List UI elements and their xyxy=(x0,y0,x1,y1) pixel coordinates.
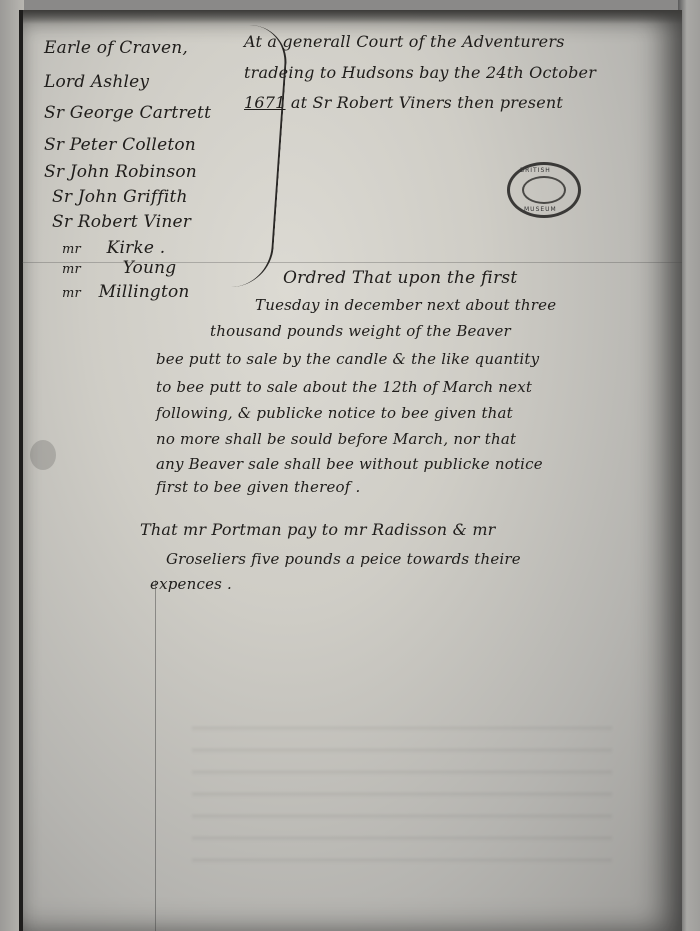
heading-line-1: At a generall Court of the Adventurers xyxy=(244,32,565,51)
bleed-through-text xyxy=(192,710,612,880)
attendee-8: mr Kirke . xyxy=(62,238,165,258)
stamp-text-top: BRITISH xyxy=(520,167,551,174)
minute-line: no more shall be sould before March, nor… xyxy=(156,430,516,448)
attendee-prefix: mr xyxy=(62,286,81,301)
attendee-prefix: Sr xyxy=(52,187,72,207)
minute-line: thousand pounds weight of the Beaver xyxy=(210,322,511,340)
attendee-4: Sr Peter Colleton xyxy=(44,135,196,155)
minute-line: Tuesday in december next about three xyxy=(255,296,556,314)
attendee-name: John Griffith xyxy=(78,187,188,207)
attendee-name: Earle of Craven, xyxy=(44,38,188,58)
attendee-prefix: Sr xyxy=(52,212,72,232)
attendee-3: Sr George Cartrett xyxy=(44,103,211,123)
attendee-1: Earle of Craven, xyxy=(44,38,188,58)
minute-line: Groseliers five pounds a peice towards t… xyxy=(166,550,521,568)
minute-line: expences . xyxy=(150,575,232,593)
attendee-6: Sr John Griffith xyxy=(52,187,188,207)
attendee-prefix: mr xyxy=(62,262,81,277)
attendee-name: Peter Colleton xyxy=(70,135,196,155)
attendee-prefix: Sr xyxy=(44,135,64,155)
ink-smudge xyxy=(30,440,56,470)
attendee-prefix: Sr xyxy=(44,103,64,123)
minute-line: following, & publicke notice to bee give… xyxy=(156,404,513,422)
attendee-7: Sr Robert Viner xyxy=(52,212,191,232)
attendee-name: Kirke . xyxy=(107,238,166,258)
heading-year: 1671 xyxy=(244,93,286,112)
stamp-inner-ring xyxy=(522,176,566,204)
heading-line-3-text: at Sr Robert Viners then present xyxy=(291,93,563,112)
minute-line: any Beaver sale shall bee without public… xyxy=(156,455,543,473)
heading-line-2: tradeing to Hudsons bay the 24th October xyxy=(244,63,596,82)
margin-rule xyxy=(155,580,156,931)
minute-line: bee putt to sale by the candle & the lik… xyxy=(156,350,539,368)
attendee-2: Lord Ashley xyxy=(44,72,149,92)
attendee-prefix: mr xyxy=(62,242,81,257)
attendee-name: Robert Viner xyxy=(78,212,191,232)
minute-line: first to bee given thereof . xyxy=(156,478,360,496)
binding-margin-rule xyxy=(19,10,23,931)
attendee-9: mr Young xyxy=(62,258,176,278)
attendee-name: John Robinson xyxy=(70,162,197,182)
library-stamp: BRITISH MUSEUM xyxy=(507,162,581,218)
minute-line: Ordred That upon the first xyxy=(283,268,517,288)
attendee-5: Sr John Robinson xyxy=(44,162,197,182)
heading-line-3: 1671 at Sr Robert Viners then present xyxy=(244,93,563,112)
attendee-prefix: Sr xyxy=(44,162,64,182)
minute-line: to bee putt to sale about the 12th of Ma… xyxy=(156,378,532,396)
page-top-shadow xyxy=(22,10,682,24)
attendee-name: Lord Ashley xyxy=(44,72,149,92)
attendee-name: George Cartrett xyxy=(70,103,211,123)
minute-line: That mr Portman pay to mr Radisson & mr xyxy=(140,520,496,539)
attendee-name: Millington xyxy=(99,282,190,302)
stamp-text-bottom: MUSEUM xyxy=(524,206,557,213)
attendee-10: mr Millington xyxy=(62,282,190,302)
attendee-name: Young xyxy=(123,258,177,278)
